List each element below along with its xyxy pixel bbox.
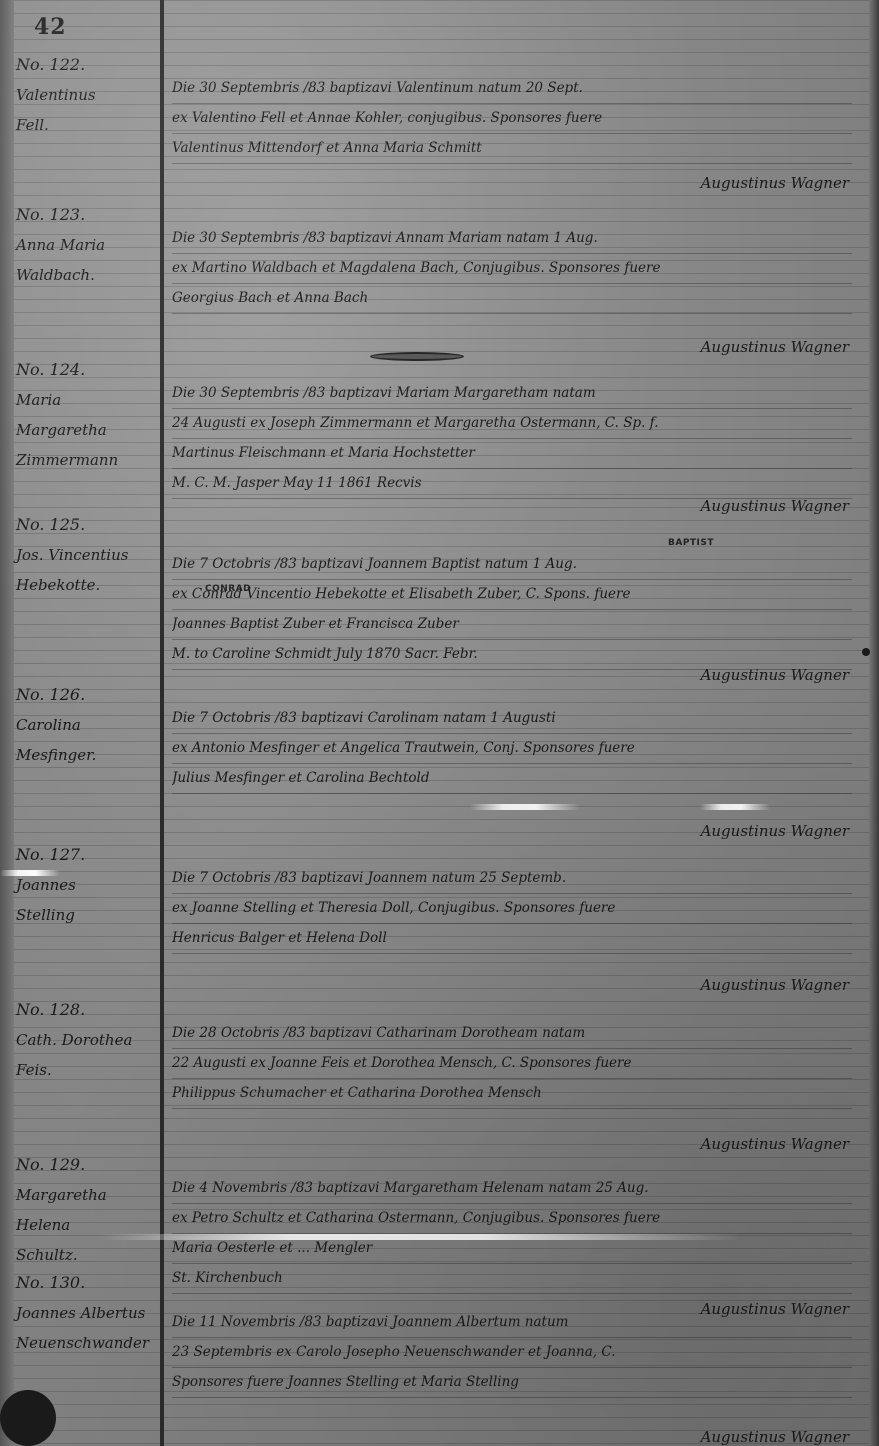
- entry-line: ex Joanne Stelling et Theresia Doll, Con…: [172, 894, 852, 924]
- entry-margin: No. 122. Valentinus Fell.: [16, 50, 156, 140]
- entry-margin: No. 126. Carolina Mesfinger.: [16, 680, 156, 770]
- entry-margin: No. 125. Jos. Vincentius Hebekotte.: [16, 510, 156, 600]
- entry-number: No. 130.: [16, 1268, 156, 1298]
- entry-line: Die 7 Octobris /83 baptizavi Carolinam n…: [172, 704, 852, 734]
- entry-line: Joannes Baptist Zuber et Francisca Zuber: [172, 610, 852, 640]
- margin-name-line: Cath. Dorothea: [16, 1025, 156, 1055]
- entry-line: 23 Septembris ex Carolo Josepho Neuensch…: [172, 1338, 852, 1368]
- entry-line: Martinus Fleischmann et Maria Hochstette…: [172, 439, 852, 469]
- entry-line: 24 Augusti ex Joseph Zimmermann et Marga…: [172, 409, 852, 439]
- entry-number: No. 127.: [16, 840, 156, 870]
- margin-name-line: Stelling: [16, 900, 156, 930]
- entry-line: Die 30 Septembris /83 baptizavi Valentin…: [172, 74, 852, 104]
- entry-text: Die 30 Septembris /83 baptizavi Annam Ma…: [172, 224, 852, 314]
- priest-signature: Augustinus Wagner: [701, 174, 849, 192]
- ink-flourish: [370, 352, 464, 361]
- entry-line: ex Petro Schultz et Catharina Ostermann,…: [172, 1204, 852, 1234]
- margin-name-line: Joannes Albertus: [16, 1298, 156, 1328]
- margin-name-line: Waldbach.: [16, 260, 156, 290]
- entry-text: Die 30 Septembris /83 baptizavi Valentin…: [172, 74, 852, 164]
- entry-text: Die 7 Octobris /83 baptizavi Joannem nat…: [172, 864, 852, 954]
- margin-name-line: Valentinus: [16, 80, 156, 110]
- margin-name-line: Schultz.: [16, 1240, 156, 1270]
- entry-line: Die 4 Novembris /83 baptizavi Margaretha…: [172, 1174, 852, 1204]
- entry-line: Georgius Bach et Anna Bach: [172, 284, 852, 314]
- entry-line: Die 30 Septembris /83 baptizavi Annam Ma…: [172, 224, 852, 254]
- entry-line: Die 30 Septembris /83 baptizavi Mariam M…: [172, 379, 852, 409]
- entry-margin: No. 128. Cath. Dorothea Feis.: [16, 995, 156, 1085]
- entry-line: Henricus Balger et Helena Doll: [172, 924, 852, 954]
- page-edge-right: [869, 0, 879, 1446]
- priest-signature: Augustinus Wagner: [701, 666, 849, 684]
- entry-line: Die 7 Octobris /83 baptizavi Joannem nat…: [172, 864, 852, 894]
- ink-blot: [0, 1390, 56, 1446]
- margin-name-line: Carolina: [16, 710, 156, 740]
- margin-name-line: Margaretha Helena: [16, 1180, 156, 1240]
- entry-line: Die 7 Octobris /83 baptizavi Joannem Bap…: [172, 550, 852, 580]
- entry-line: ex Antonio Mesfinger et Angelica Trautwe…: [172, 734, 852, 764]
- priest-signature: Augustinus Wagner: [701, 822, 849, 840]
- entry-line: ex Martino Waldbach et Magdalena Bach, C…: [172, 254, 852, 284]
- priest-signature: Augustinus Wagner: [701, 1135, 849, 1153]
- margin-name-line: Neuenschwander: [16, 1328, 156, 1358]
- entry-margin: No. 127. Joannes Stelling: [16, 840, 156, 930]
- entry-line: Julius Mesfinger et Carolina Bechtold: [172, 764, 852, 794]
- entry-text: Die 30 Septembris /83 baptizavi Mariam M…: [172, 379, 852, 499]
- priest-signature: Augustinus Wagner: [701, 1428, 849, 1446]
- priest-signature: Augustinus Wagner: [701, 497, 849, 515]
- page-number: 42: [34, 14, 67, 40]
- entry-number: No. 123.: [16, 200, 156, 230]
- register-page: 42 No. 122. Valentinus Fell. Die 30 Sept…: [0, 0, 879, 1446]
- priest-signature: Augustinus Wagner: [701, 338, 849, 356]
- margin-name-line: Feis.: [16, 1055, 156, 1085]
- entry-line: Die 11 Novembris /83 baptizavi Joannem A…: [172, 1308, 852, 1338]
- margin-name-line: Anna Maria: [16, 230, 156, 260]
- priest-signature: Augustinus Wagner: [701, 976, 849, 994]
- margin-name-line: Hebekotte.: [16, 570, 156, 600]
- margin-name-line: Zimmermann: [16, 445, 156, 475]
- margin-name-line: Maria Margaretha: [16, 385, 156, 445]
- entry-line: ex Valentino Fell et Annae Kohler, conju…: [172, 104, 852, 134]
- entry-number: No. 124.: [16, 355, 156, 385]
- entry-line: Sponsores fuere Joannes Stelling et Mari…: [172, 1368, 852, 1398]
- entry-number: No. 129.: [16, 1150, 156, 1180]
- entry-line: Philippus Schumacher et Catharina Doroth…: [172, 1079, 852, 1109]
- paper-tear: [470, 804, 580, 810]
- entry-margin: No. 129. Margaretha Helena Schultz.: [16, 1150, 156, 1270]
- marginal-note: M. C. M. Jasper May 11 1861 Recvis: [172, 469, 852, 499]
- entry-margin: No. 123. Anna Maria Waldbach.: [16, 200, 156, 290]
- margin-name-line: Jos. Vincentius: [16, 540, 156, 570]
- entry-text: Die 7 Octobris /83 baptizavi Carolinam n…: [172, 704, 852, 794]
- entry-text: Die 7 Octobris /83 baptizavi Joannem Bap…: [172, 550, 852, 670]
- entry-text: Die 11 Novembris /83 baptizavi Joannem A…: [172, 1308, 852, 1398]
- entry-number: No. 126.: [16, 680, 156, 710]
- marginal-note: St. Kirchenbuch: [172, 1264, 852, 1294]
- margin-column-rule: [160, 0, 164, 1446]
- entry-number: No. 128.: [16, 995, 156, 1025]
- entry-number: No. 122.: [16, 50, 156, 80]
- page-edge-left: [0, 0, 14, 1446]
- paper-tear: [700, 804, 770, 810]
- entry-line: ex Conrad Vincentio Hebekotte et Elisabe…: [172, 580, 852, 610]
- margin-name-line: Joannes: [16, 870, 156, 900]
- ink-blot: [862, 648, 870, 656]
- paper-tear: [100, 1234, 740, 1240]
- entry-margin: No. 130. Joannes Albertus Neuenschwander: [16, 1268, 156, 1358]
- entry-line: Die 28 Octobris /83 baptizavi Catharinam…: [172, 1019, 852, 1049]
- inserted-word: BAPTIST: [668, 538, 714, 548]
- margin-name-line: Fell.: [16, 110, 156, 140]
- entry-line: Valentinus Mittendorf et Anna Maria Schm…: [172, 134, 852, 164]
- entry-margin: No. 124. Maria Margaretha Zimmermann: [16, 355, 156, 475]
- entry-number: No. 125.: [16, 510, 156, 540]
- entry-line: 22 Augusti ex Joanne Feis et Dorothea Me…: [172, 1049, 852, 1079]
- margin-name-line: Mesfinger.: [16, 740, 156, 770]
- entry-text: Die 28 Octobris /83 baptizavi Catharinam…: [172, 1019, 852, 1109]
